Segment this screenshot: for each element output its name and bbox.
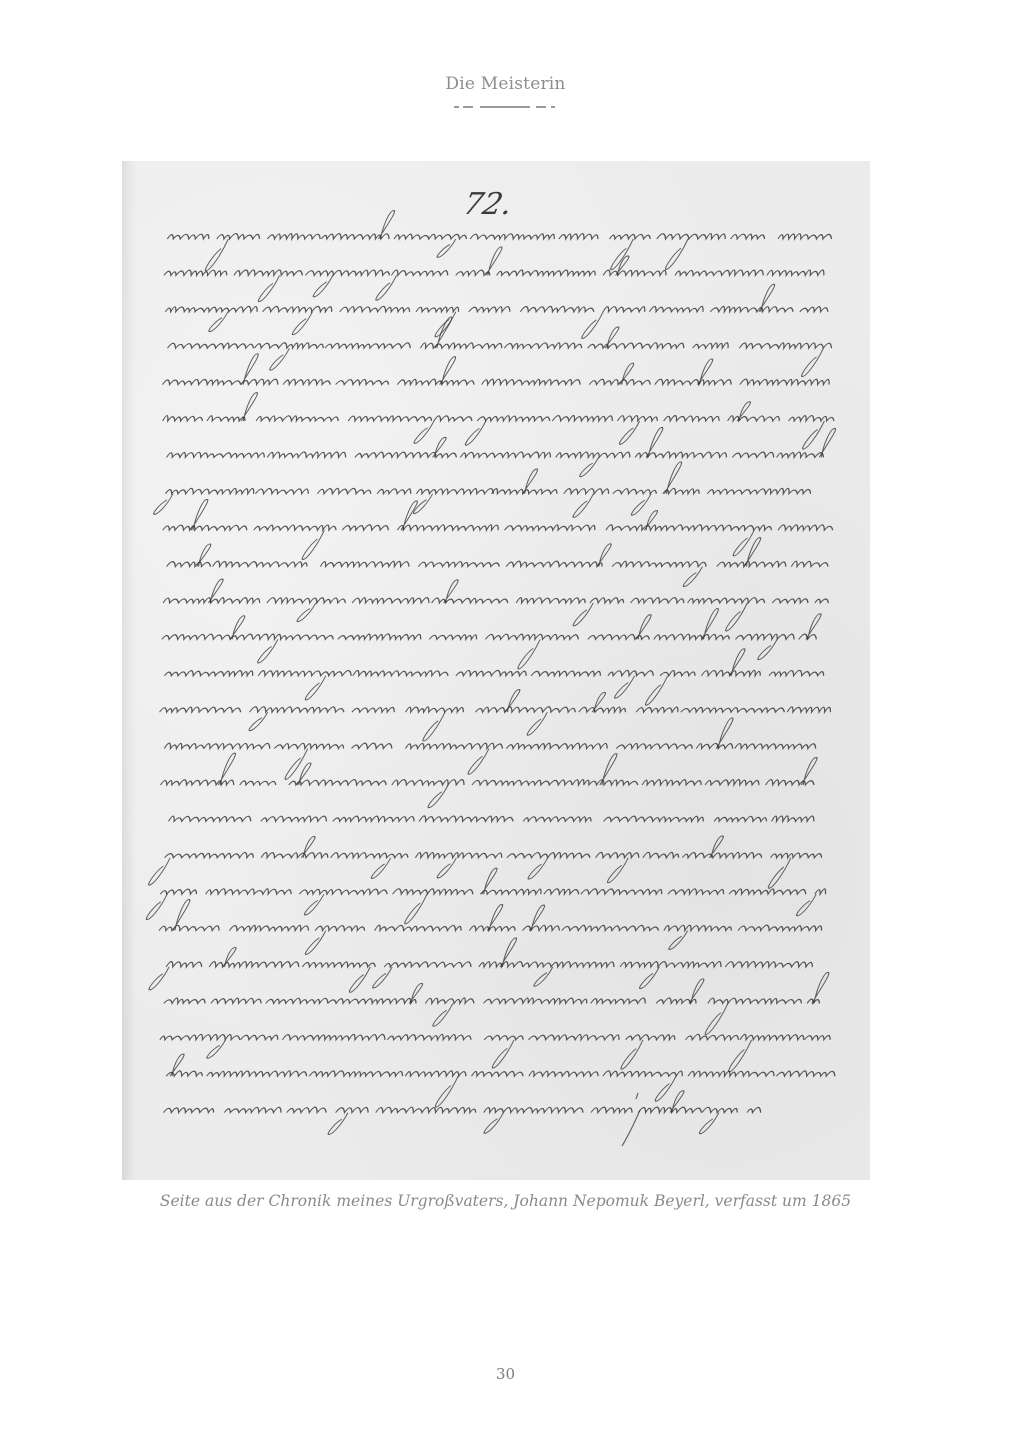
manuscript-scan-image: 72. — [122, 161, 870, 1180]
page-number: 30 — [0, 1365, 1011, 1383]
running-header-title: Die Meisterin — [0, 74, 1011, 94]
header-ornament — [454, 105, 558, 109]
handwriting-lines — [122, 161, 870, 1180]
figure-caption: Seite aus der Chronik meines Urgroßvater… — [0, 1192, 1011, 1210]
